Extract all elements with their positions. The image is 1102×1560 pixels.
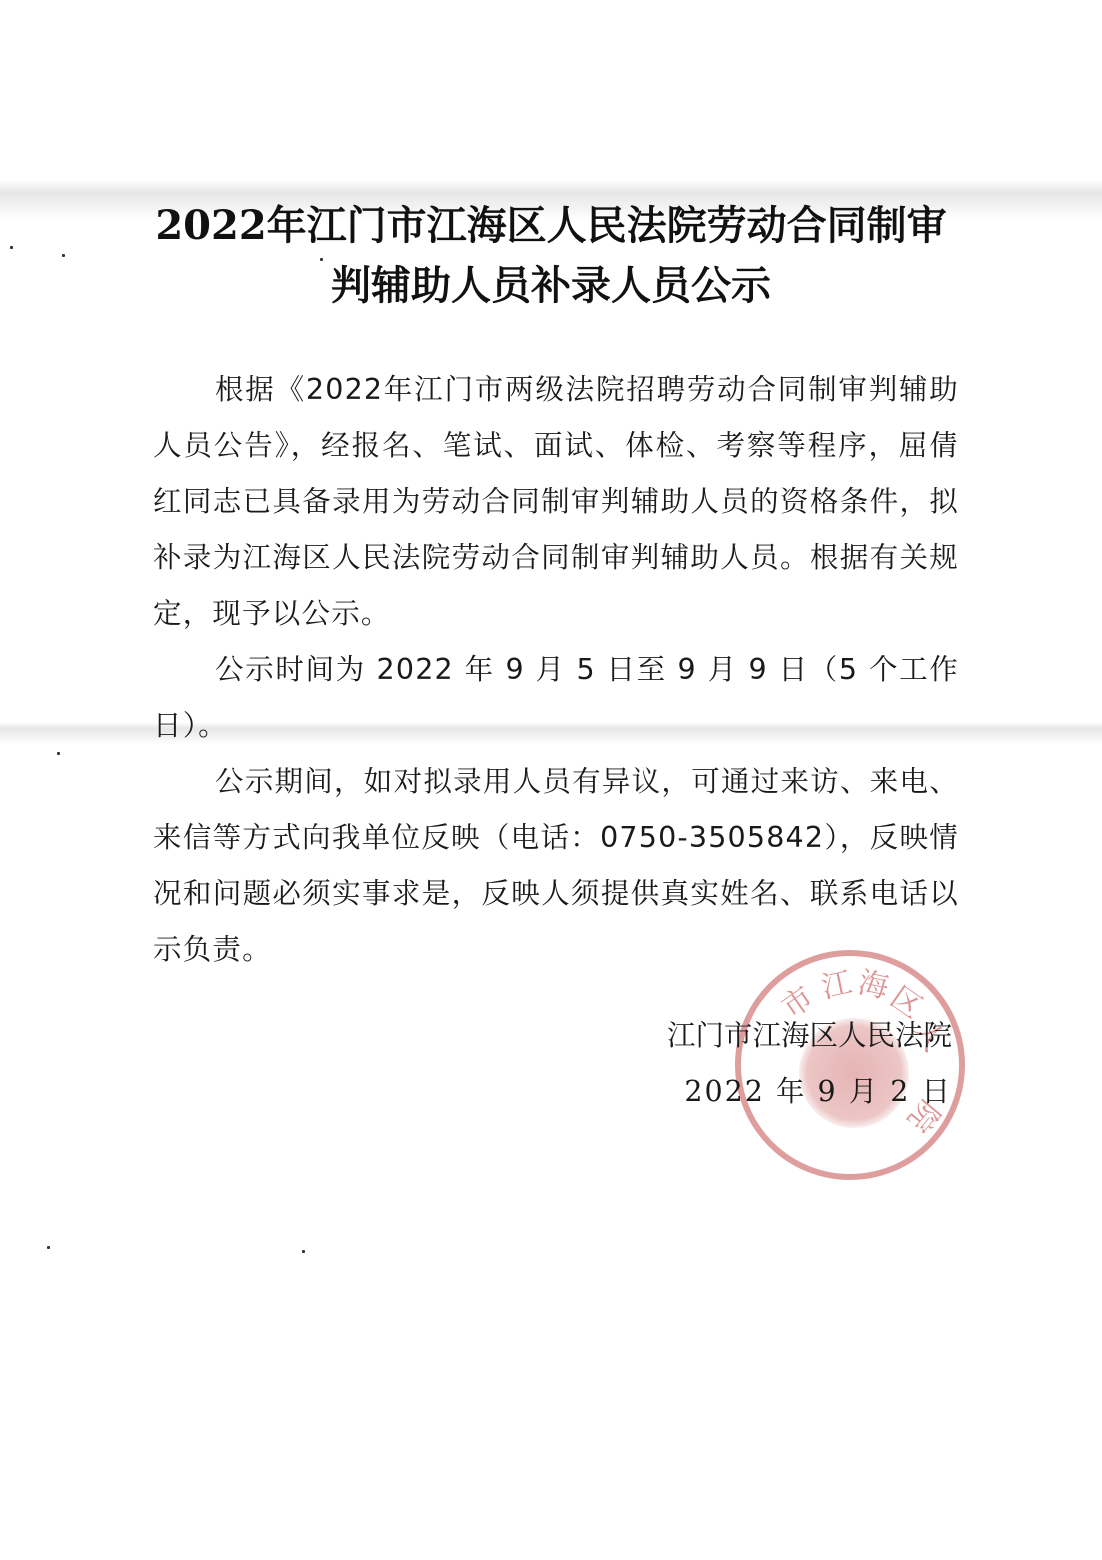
paragraph-notice-period: 公示时间为 2022 年 9 月 5 日至 9 月 9 日（5 个工作日）。	[153, 642, 959, 754]
document-body: 根据《2022年江门市两级法院招聘劳动合同制审判辅助人员公告》，经报名、笔试、面…	[153, 362, 959, 978]
paragraph-announcement: 根据《2022年江门市两级法院招聘劳动合同制审判辅助人员公告》，经报名、笔试、面…	[153, 362, 959, 642]
paragraph-objection-contact: 公示期间，如对拟录用人员有异议，可通过来访、来电、来信等方式向我单位反映（电话：…	[153, 754, 959, 978]
document-title: 2022年江门市江海区人民法院劳动合同制审 判辅助人员补录人员公示	[0, 196, 1102, 316]
signing-date: 2022 年 9 月 2 日	[667, 1064, 952, 1120]
scan-speck	[57, 752, 60, 755]
signature-block: 江门市江海区人民法院 2022 年 9 月 2 日	[667, 1008, 952, 1120]
seal-char: 海	[855, 957, 893, 1006]
seal-char: 江	[817, 957, 855, 1006]
signing-organization: 江门市江海区人民法院	[667, 1008, 952, 1064]
scan-speck	[302, 1250, 305, 1253]
title-line-2: 判辅助人员补录人员公示	[0, 256, 1102, 316]
title-line-1: 2022年江门市江海区人民法院劳动合同制审	[0, 196, 1102, 256]
scan-speck	[47, 1246, 50, 1249]
